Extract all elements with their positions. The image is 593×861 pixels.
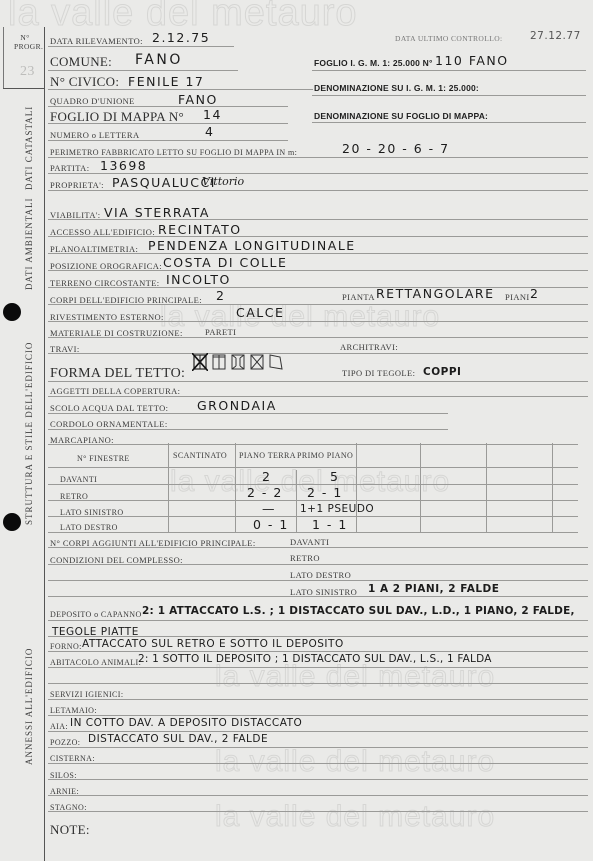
rule (48, 173, 588, 174)
col-rule (296, 470, 297, 533)
partita-label: PARTITA: (50, 163, 89, 173)
roof-shape-options (192, 353, 284, 371)
header-primo-piano: PRIMO PIANO (297, 451, 353, 460)
posizione-value[interactable]: COSTA DI COLLE (163, 255, 287, 270)
materiale-value: PARETI (205, 327, 236, 337)
rule (48, 337, 588, 338)
denom-igm-label: DENOMINAZIONE SU I. G. M. 1: 25.000: (314, 83, 479, 93)
section-struttura: STRUTTURA E STILE DELL'EDIFICIO (24, 342, 34, 525)
cell-primo-piano[interactable]: 2 - 1 (307, 485, 343, 500)
lato-sinistro-value[interactable]: 1 A 2 PIANI, 2 FALDE (368, 583, 499, 595)
perimetro-value[interactable]: 20 - 20 - 6 - 7 (342, 141, 450, 156)
proprieta-value-firstname[interactable]: Vittorio (202, 175, 244, 188)
rule (48, 413, 448, 414)
section-annessi: ANNESSI ALL'EDIFICIO (24, 648, 34, 765)
rule (48, 596, 588, 597)
rule (48, 779, 588, 780)
data-rilevamento-value[interactable]: 2.12.75 (152, 30, 210, 45)
rule (48, 106, 288, 107)
proprieta-label: PROPRIETA': (50, 180, 104, 190)
progr-value: 23 (20, 64, 35, 80)
roof-hip-icon-checked[interactable] (192, 353, 208, 371)
aia-value[interactable]: IN COTTO DAV. A DEPOSITO DISTACCATO (70, 717, 302, 729)
data-ultimo-controllo-value[interactable]: 27.12.77 (530, 30, 581, 42)
rule (48, 532, 578, 533)
rule (48, 731, 588, 732)
rule (48, 500, 578, 501)
cell-piano-terra[interactable]: 0 - 1 (253, 517, 289, 532)
viabilita-value[interactable]: VIA STERRATA (104, 205, 210, 220)
foglio-igm-label: FOGLIO I. G. M. 1: 25.000 N° (314, 58, 433, 68)
rule (312, 122, 586, 123)
proprieta-value[interactable]: PASQUALUCCI (112, 175, 216, 190)
cell-primo-piano[interactable]: 1 - 1 (312, 517, 348, 532)
rule (48, 763, 588, 764)
rule (48, 620, 588, 621)
pozzo-label: POZZO: (50, 738, 80, 747)
cell-primo-piano[interactable]: 5 (330, 469, 339, 484)
watermark: la valle del metauro (215, 660, 495, 694)
rule (48, 444, 578, 445)
progr-box-left (3, 27, 4, 88)
rule (48, 683, 588, 684)
section-dati-catastali: DATI CATASTALI (24, 106, 34, 190)
header-piano-terra: PIANO TERRA (239, 451, 296, 460)
corpi-value[interactable]: 2 (216, 288, 225, 303)
progr-label: N° PROGR. (14, 33, 36, 51)
abitacolo-value[interactable]: 2: 1 SOTTO IL DEPOSITO ; 1 DISTACCATO SU… (138, 653, 492, 665)
survey-form-page: la valle del metauro la valle del metaur… (0, 0, 593, 861)
col-rule (356, 443, 357, 533)
rule (48, 667, 588, 668)
cell-primo-piano[interactable]: 1+1 PSEUDO (300, 503, 374, 515)
rule (48, 747, 588, 748)
rule (48, 651, 588, 652)
watermark: la valle del metauro (160, 300, 440, 334)
rule (48, 636, 588, 637)
letamaio-label: LETAMAIO: (50, 706, 97, 715)
rivestimento-value[interactable]: CALCE (236, 305, 284, 320)
cisterna-label: CISTERNA: (50, 754, 95, 763)
quadro-label: QUADRO D'UNIONE (50, 96, 135, 106)
aia-label: AIA: (50, 722, 68, 731)
rule (48, 564, 588, 565)
data-rilevamento-label: DATA RILEVAMENTO: (50, 36, 143, 46)
planoaltimetria-value[interactable]: PENDENZA LONGITUDINALE (148, 238, 356, 253)
rule (48, 381, 588, 382)
scolo-label: SCOLO ACQUA DAL TETTO: (50, 403, 168, 413)
rule (48, 287, 588, 288)
roof-shed-icon[interactable] (268, 353, 284, 371)
rule (48, 140, 288, 141)
col-rule (486, 443, 487, 533)
watermark: la valle del metauro (215, 745, 495, 779)
partita-value[interactable]: 13698 (100, 158, 147, 173)
architravi-label: ARCHITRAVI: (340, 342, 398, 352)
rule (48, 236, 588, 237)
rule (48, 699, 588, 700)
foglio-value[interactable]: 14 (203, 107, 222, 122)
col-rule (168, 443, 169, 533)
rule (48, 715, 588, 716)
civico-value[interactable]: FENILE 17 (128, 74, 204, 89)
roof-pavilion-icon[interactable] (249, 353, 265, 371)
row-label: LATO DESTRO (60, 523, 118, 532)
servizi-label: SERVIZI IGIENICI: (50, 690, 123, 699)
note-label: NOTE: (50, 822, 90, 838)
rule (48, 70, 238, 71)
data-ultimo-controllo-label: DATA ULTIMO CONTROLLO: (395, 34, 503, 43)
pozzo-value[interactable]: DISTACCATO SUL DAV., 2 FALDE (88, 733, 268, 745)
col-rule (420, 443, 421, 533)
rule (48, 396, 588, 397)
watermark: la valle del metauro (215, 800, 495, 834)
deposito-value[interactable]: 2: 1 ATTACCATO L.S. ; 1 DISTACCATO SUL D… (142, 605, 575, 617)
row-label: DAVANTI (60, 475, 97, 484)
col-rule (552, 443, 553, 533)
lato-destro-label: LATO DESTRO (290, 570, 351, 580)
rule (48, 467, 578, 468)
header-scantinato: SCANTINATO (173, 451, 227, 460)
binder-hole (3, 513, 21, 531)
progr-box-bottom (3, 88, 45, 89)
rule (48, 304, 588, 305)
numero-label: NUMERO o LETTERA (50, 130, 140, 140)
margin-rule (44, 27, 45, 861)
cell-piano-terra[interactable]: 2 (262, 469, 271, 484)
aggetti-label: AGGETTI DELLA COPERTURA: (50, 386, 180, 396)
roof-gable-icon-2[interactable] (230, 353, 246, 371)
civico-label: N° CIVICO: (50, 74, 119, 90)
terreno-value[interactable]: INCOLTO (166, 272, 231, 287)
foglio-igm-value[interactable]: 110 FANO (435, 53, 509, 68)
binder-hole (3, 303, 21, 321)
davanti-label: DAVANTI (290, 537, 329, 547)
pianta-value[interactable]: RETTANGOLARE (376, 286, 494, 301)
section-dati-ambientali: DATI AMBIENTALI (24, 197, 34, 290)
accesso-value[interactable]: RECINTATO (158, 222, 242, 237)
rule (48, 321, 588, 322)
abitacolo-label: ABITACOLO ANIMALI: (50, 658, 141, 667)
quadro-value[interactable]: FANO (178, 92, 218, 107)
rule (48, 547, 588, 548)
col-rule (235, 443, 236, 533)
retro-label: RETRO (290, 553, 320, 563)
cell-piano-terra[interactable]: 2 - 2 (247, 485, 283, 500)
rule (48, 123, 288, 124)
rule (48, 270, 588, 271)
scolo-value[interactable]: GRONDAIA (197, 398, 277, 413)
roof-gable-icon[interactable] (211, 353, 227, 371)
pianta-label: PIANTA (342, 292, 375, 302)
rule (48, 580, 588, 581)
comune-value[interactable]: FANO (135, 52, 183, 68)
rule (48, 46, 234, 47)
forma-tetto-label: FORMA DEL TETTO: (50, 366, 185, 382)
rule (48, 89, 313, 90)
rule (48, 353, 588, 354)
tipo-tegole-label: TIPO DI TEGOLE: (342, 368, 415, 378)
tipo-tegole-value[interactable]: COPPI (423, 366, 461, 378)
rule (48, 795, 588, 796)
header-finestre: N° FINESTRE (77, 454, 130, 463)
forno-value[interactable]: ATTACCATO SUL RETRO E SOTTO IL DEPOSITO (82, 638, 344, 650)
rule (48, 811, 588, 812)
perimetro-label: PERIMETRO FABBRICATO LETTO SU FOGLIO DI … (50, 148, 297, 157)
piani-label: PIANI (505, 292, 530, 302)
denom-mappa-label: DENOMINAZIONE SU FOGLIO DI MAPPA: (314, 111, 488, 121)
rule (48, 190, 588, 191)
rule (48, 219, 588, 220)
deposito-label: DEPOSITO o CAPANNO (50, 610, 142, 619)
rule (48, 429, 448, 430)
forno-label: FORNO: (50, 642, 82, 651)
cell-piano-terra[interactable]: — (262, 501, 276, 516)
rule (312, 70, 586, 71)
comune-label: COMUNE: (50, 54, 112, 70)
piani-value[interactable]: 2 (530, 286, 539, 301)
rule (48, 253, 588, 254)
rule (312, 95, 586, 96)
numero-value[interactable]: 4 (205, 124, 214, 139)
cordolo-label: CORDOLO ORNAMENTALE: (50, 419, 168, 429)
